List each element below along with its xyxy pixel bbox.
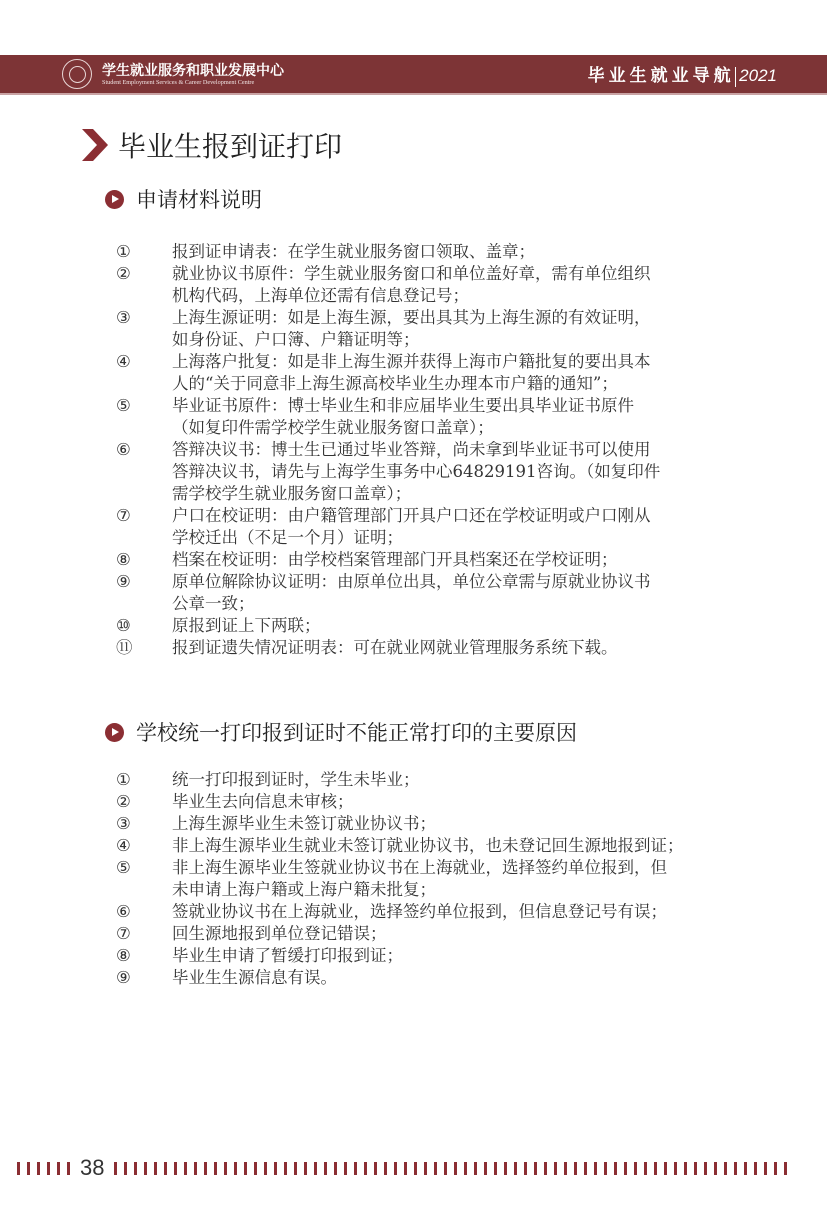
list-item: ②毕业生去向信息未审核；: [116, 791, 684, 813]
item-number: ⑦: [116, 505, 172, 549]
tick-mark: [684, 1162, 687, 1175]
tick-mark: [594, 1162, 597, 1175]
tick-mark: [37, 1162, 40, 1175]
item-number: ③: [116, 307, 172, 351]
item-number: ⑩: [116, 615, 172, 637]
chevron-right-icon: [80, 127, 110, 163]
item-number: ⑤: [116, 395, 172, 439]
tick-mark: [134, 1162, 137, 1175]
tick-mark: [174, 1162, 177, 1175]
page-number: 38: [80, 1155, 104, 1181]
item-text: 答辩决议书：博士生已通过毕业答辩，尚未拿到毕业证书可以使用 答辩决议书，请先与上…: [172, 439, 660, 505]
tick-mark: [584, 1162, 587, 1175]
tick-mark: [154, 1162, 157, 1175]
tick-mark: [114, 1162, 117, 1175]
item-number: ⑧: [116, 549, 172, 571]
tick-mark: [704, 1162, 707, 1175]
tick-mark: [194, 1162, 197, 1175]
list-item: ③上海生源毕业生未签订就业协议书；: [116, 813, 684, 835]
item-text: 毕业生去向信息未审核；: [172, 791, 354, 813]
item-number: ⑧: [116, 945, 172, 967]
tick-mark: [484, 1162, 487, 1175]
tick-decoration-right: [114, 1162, 787, 1175]
item-text: 毕业生生源信息有误。: [172, 967, 337, 989]
tick-mark: [414, 1162, 417, 1175]
list-item: ⑥签就业协议书在上海就业，选择签约单位报到，但信息登记号有误；: [116, 901, 684, 923]
list-item: ⑨毕业生生源信息有误。: [116, 967, 684, 989]
tick-mark: [534, 1162, 537, 1175]
item-number: ⑨: [116, 571, 172, 615]
footer: 38: [17, 1155, 787, 1181]
tick-mark: [604, 1162, 607, 1175]
tick-mark: [714, 1162, 717, 1175]
list-item: ⑧档案在校证明：由学校档案管理部门开具档案还在学校证明；: [116, 549, 660, 571]
item-number: ⑦: [116, 923, 172, 945]
item-number: ④: [116, 351, 172, 395]
tick-mark: [224, 1162, 227, 1175]
item-number: ③: [116, 813, 172, 835]
tick-mark: [274, 1162, 277, 1175]
tick-mark: [144, 1162, 147, 1175]
tick-mark: [294, 1162, 297, 1175]
section-heading-reasons: 学校统一打印报到证时不能正常打印的主要原因: [105, 717, 577, 747]
tick-mark: [354, 1162, 357, 1175]
list-item: ⑤非上海生源毕业生签就业协议书在上海就业，选择签约单位报到，但 未申请上海户籍或…: [116, 857, 684, 901]
tick-mark: [554, 1162, 557, 1175]
list-item: ①统一打印报到证时，学生未毕业；: [116, 769, 684, 791]
item-text: 回生源地报到单位登记错误；: [172, 923, 387, 945]
list-item: ⑦回生源地报到单位登记错误；: [116, 923, 684, 945]
item-number: ①: [116, 241, 172, 263]
tick-mark: [344, 1162, 347, 1175]
list-item: ⑤毕业证书原件：博士毕业生和非应届毕业生要出具毕业证书原件 （如复印件需学校学生…: [116, 395, 660, 439]
item-text: 原报到证上下两联；: [172, 615, 321, 637]
tick-mark: [504, 1162, 507, 1175]
tick-mark: [674, 1162, 677, 1175]
tick-mark: [774, 1162, 777, 1175]
tick-mark: [624, 1162, 627, 1175]
play-circle-icon: [105, 190, 124, 209]
tick-mark: [764, 1162, 767, 1175]
list-item: ①报到证申请表：在学生就业服务窗口领取、盖章；: [116, 241, 660, 263]
item-number: ②: [116, 791, 172, 813]
tick-mark: [734, 1162, 737, 1175]
tick-mark: [694, 1162, 697, 1175]
item-text: 报到证申请表：在学生就业服务窗口领取、盖章；: [172, 241, 535, 263]
tick-mark: [464, 1162, 467, 1175]
item-text: 上海生源证明：如是上海生源，要出具其为上海生源的有效证明， 如身份证、户口簿、户…: [172, 307, 651, 351]
guide-title: 毕业生就业导航2021: [588, 61, 777, 87]
tick-mark: [164, 1162, 167, 1175]
item-number: ⑥: [116, 901, 172, 923]
item-text: 档案在校证明：由学校档案管理部门开具档案还在学校证明；: [172, 549, 618, 571]
list-item: ⑪报到证遗失情况证明表：可在就业网就业管理服务系统下载。: [116, 637, 660, 659]
item-number: ②: [116, 263, 172, 307]
tick-mark: [744, 1162, 747, 1175]
item-text: 毕业生申请了暂缓打印报到证；: [172, 945, 403, 967]
tick-mark: [304, 1162, 307, 1175]
tick-mark: [314, 1162, 317, 1175]
materials-list: ①报到证申请表：在学生就业服务窗口领取、盖章；②就业协议书原件：学生就业服务窗口…: [116, 241, 660, 659]
tick-mark: [574, 1162, 577, 1175]
item-text: 毕业证书原件：博士毕业生和非应届毕业生要出具毕业证书原件 （如复印件需学校学生就…: [172, 395, 634, 439]
tick-mark: [634, 1162, 637, 1175]
section-heading-materials: 申请材料说明: [105, 184, 262, 214]
tick-mark: [424, 1162, 427, 1175]
list-item: ⑦户口在校证明：由户籍管理部门开具户口还在学校证明或户口刚从 学校迁出（不足一个…: [116, 505, 660, 549]
tick-mark: [664, 1162, 667, 1175]
tick-mark: [364, 1162, 367, 1175]
guide-title-text: 毕业生就业导航: [588, 66, 735, 86]
list-item: ⑩原报到证上下两联；: [116, 615, 660, 637]
tick-mark: [514, 1162, 517, 1175]
guide-year: 2021: [739, 66, 777, 85]
org-name-en: Student Employment Services & Career Dev…: [102, 79, 254, 86]
item-number: ④: [116, 835, 172, 857]
tick-mark: [124, 1162, 127, 1175]
tick-mark: [434, 1162, 437, 1175]
item-number: ⑪: [116, 637, 172, 659]
item-text: 就业协议书原件：学生就业服务窗口和单位盖好章，需有单位组织 机构代码，上海单位还…: [172, 263, 651, 307]
list-item: ④非上海生源毕业生就业未签订就业协议书，也未登记回生源地报到证；: [116, 835, 684, 857]
tick-mark: [564, 1162, 567, 1175]
list-item: ⑥答辩决议书：博士生已通过毕业答辩，尚未拿到毕业证书可以使用 答辩决议书，请先与…: [116, 439, 660, 505]
tick-mark: [524, 1162, 527, 1175]
tick-decoration-left: [17, 1162, 70, 1175]
tick-mark: [184, 1162, 187, 1175]
tick-mark: [754, 1162, 757, 1175]
item-number: ⑨: [116, 967, 172, 989]
org-name-cn: 学生就业服务和职业发展中心: [102, 60, 284, 80]
reasons-list: ①统一打印报到证时，学生未毕业；②毕业生去向信息未审核；③上海生源毕业生未签订就…: [116, 769, 684, 989]
tick-mark: [204, 1162, 207, 1175]
page-title-text: 毕业生报到证打印: [118, 125, 342, 165]
item-number: ①: [116, 769, 172, 791]
item-text: 报到证遗失情况证明表：可在就业网就业管理服务系统下载。: [172, 637, 618, 659]
tick-mark: [214, 1162, 217, 1175]
tick-mark: [724, 1162, 727, 1175]
tick-mark: [324, 1162, 327, 1175]
tick-mark: [544, 1162, 547, 1175]
section-title: 申请材料说明: [136, 184, 262, 214]
tick-mark: [17, 1162, 20, 1175]
tick-mark: [644, 1162, 647, 1175]
item-text: 非上海生源毕业生签就业协议书在上海就业，选择签约单位报到，但 未申请上海户籍或上…: [172, 857, 667, 901]
tick-mark: [654, 1162, 657, 1175]
item-text: 原单位解除协议证明：由原单位出具，单位公章需与原就业协议书 公章一致；: [172, 571, 651, 615]
tick-mark: [57, 1162, 60, 1175]
tick-mark: [474, 1162, 477, 1175]
page-title: 毕业生报到证打印: [80, 125, 342, 165]
tick-mark: [494, 1162, 497, 1175]
item-text: 上海落户批复：如是非上海生源并获得上海市户籍批复的要出具本 人的“关于同意非上海…: [172, 351, 651, 395]
tick-mark: [27, 1162, 30, 1175]
list-item: ③上海生源证明：如是上海生源，要出具其为上海生源的有效证明， 如身份证、户口簿、…: [116, 307, 660, 351]
tick-mark: [374, 1162, 377, 1175]
item-number: ⑤: [116, 857, 172, 901]
item-text: 非上海生源毕业生就业未签订就业协议书，也未登记回生源地报到证；: [172, 835, 684, 857]
tick-mark: [284, 1162, 287, 1175]
tick-mark: [394, 1162, 397, 1175]
item-text: 统一打印报到证时，学生未毕业；: [172, 769, 420, 791]
tick-mark: [264, 1162, 267, 1175]
tick-mark: [444, 1162, 447, 1175]
item-number: ⑥: [116, 439, 172, 505]
tick-mark: [404, 1162, 407, 1175]
list-item: ④上海落户批复：如是非上海生源并获得上海市户籍批复的要出具本 人的“关于同意非上…: [116, 351, 660, 395]
tick-mark: [614, 1162, 617, 1175]
list-item: ⑧毕业生申请了暂缓打印报到证；: [116, 945, 684, 967]
section-title: 学校统一打印报到证时不能正常打印的主要原因: [136, 717, 577, 747]
tick-mark: [454, 1162, 457, 1175]
item-text: 户口在校证明：由户籍管理部门开具户口还在学校证明或户口刚从 学校迁出（不足一个月…: [172, 505, 651, 549]
tick-mark: [254, 1162, 257, 1175]
tick-mark: [234, 1162, 237, 1175]
list-item: ②就业协议书原件：学生就业服务窗口和单位盖好章，需有单位组织 机构代码，上海单位…: [116, 263, 660, 307]
tick-mark: [244, 1162, 247, 1175]
header-band: 学生就业服务和职业发展中心 Student Employment Service…: [0, 55, 827, 95]
item-text: 上海生源毕业生未签订就业协议书；: [172, 813, 436, 835]
divider: [735, 67, 737, 87]
tick-mark: [67, 1162, 70, 1175]
item-text: 签就业协议书在上海就业，选择签约单位报到，但信息登记号有误；: [172, 901, 667, 923]
tick-mark: [384, 1162, 387, 1175]
tick-mark: [334, 1162, 337, 1175]
university-seal-icon: [62, 59, 92, 89]
list-item: ⑨原单位解除协议证明：由原单位出具，单位公章需与原就业协议书 公章一致；: [116, 571, 660, 615]
play-circle-icon: [105, 723, 124, 742]
tick-mark: [47, 1162, 50, 1175]
tick-mark: [784, 1162, 787, 1175]
